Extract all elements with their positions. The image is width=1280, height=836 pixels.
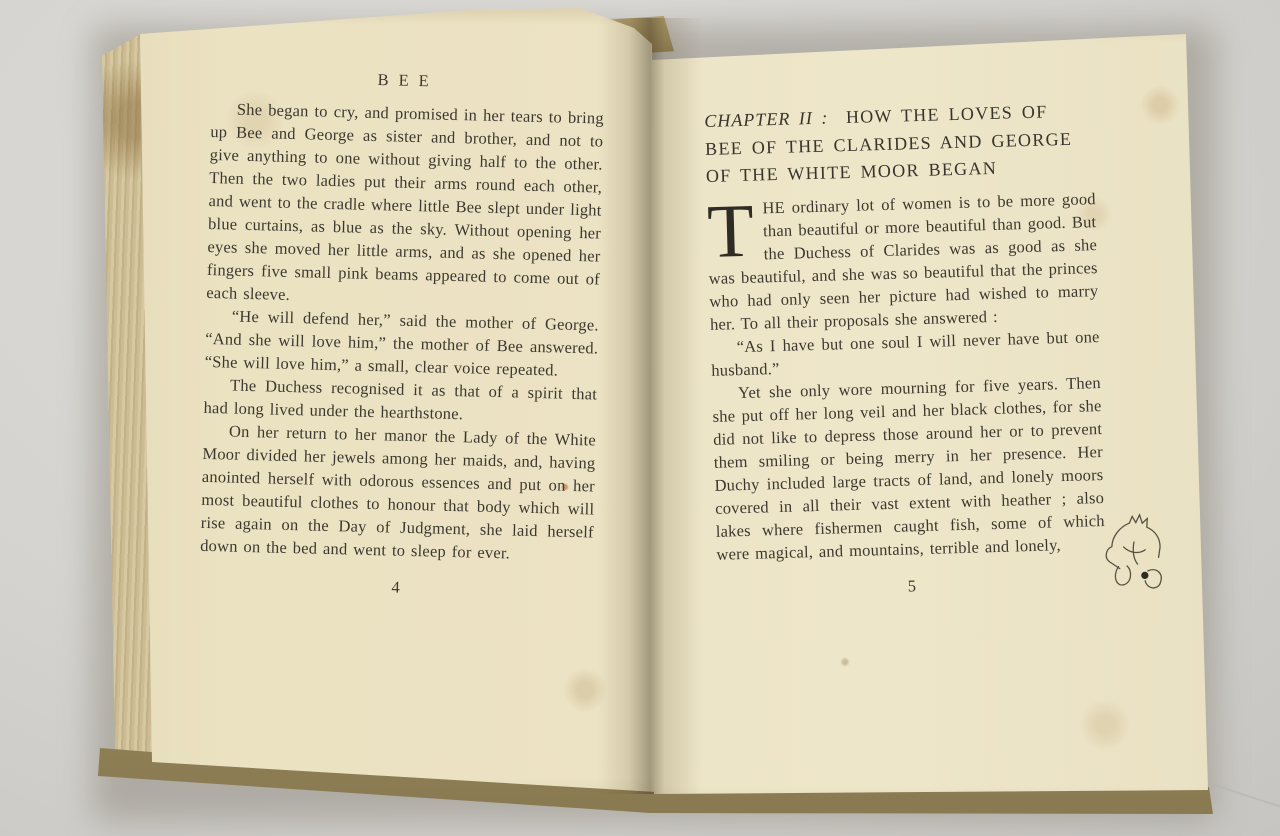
- chapter-heading: CHAPTER II : HOW THE LOVES OF BEE OF THE…: [704, 97, 1095, 190]
- right-page-text-block: CHAPTER II : HOW THE LOVES OF BEE OF THE…: [704, 97, 1107, 602]
- paragraph: On her return to her manor the Lady of t…: [200, 419, 596, 567]
- margin-illustration: [1093, 507, 1176, 608]
- bird-sketch-icon: [1093, 507, 1176, 608]
- paragraph-text: HE ordinary lot of women is to be more g…: [708, 189, 1098, 334]
- paragraph: Yet she only wore mourning for five year…: [712, 371, 1106, 566]
- chapter-label: CHAPTER II :: [704, 108, 828, 131]
- paragraph: “He will defend her,” said the mother of…: [204, 304, 599, 383]
- left-page-text-block: BEE She began to cry, and promised in he…: [199, 64, 605, 603]
- paragraph: She began to cry, and promised in her te…: [206, 97, 604, 314]
- paragraph-dropcap: THE ordinary lot of women is to be more …: [706, 187, 1099, 336]
- drop-cap: T: [706, 196, 763, 261]
- photo-background: { "scene": { "background_color": "#d5d3c…: [0, 0, 1280, 836]
